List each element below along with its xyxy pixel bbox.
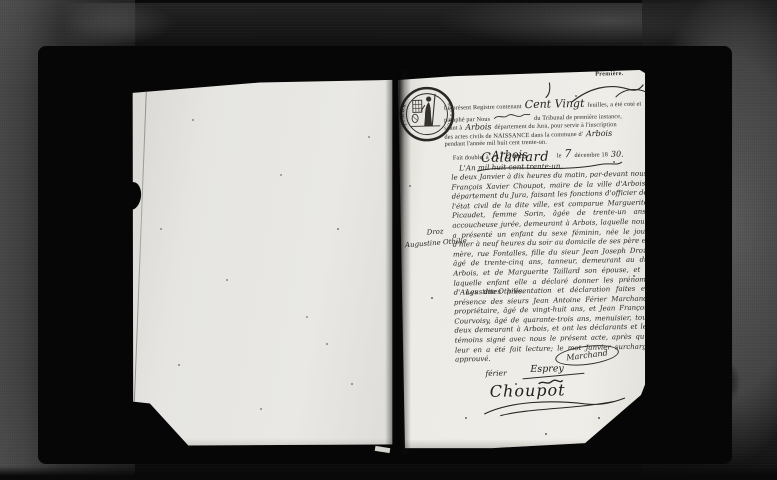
right-page-content: Première. [391,62,669,453]
book-gutter-shadow [385,70,411,454]
printed-text: Le présent Registre contenant [444,103,522,112]
svg-text:ROYAL: ROYAL [444,102,454,129]
film-backdrop-top [0,0,777,61]
header-line-2: paraphé par Nous du Tribunal de première… [444,109,622,124]
printed-text: Fait double, à [453,154,489,162]
right-register-page: Première. [395,65,665,450]
act-paragraph-2: Les dites présentation et déclaration fa… [454,285,652,366]
film-grain-texture [0,0,777,480]
header-line-3: séant à Arbois département du Jura, pour… [444,119,617,132]
film-backdrop-right [642,0,777,480]
handwritten-day: 7 [564,147,571,160]
margin-note-given-names: Augustine Othilie [393,235,480,252]
margin-note-surname: Droz [392,224,479,241]
page-edge-notch [121,181,143,211]
header-line-5: pendant l'année mil huit cent trente-un. [445,139,547,148]
printed-text: département du Jura, pour servir à l'ins… [494,121,616,131]
margin-note: Droz Augustine Othilie [392,224,479,252]
film-backdrop-bottom [0,466,777,480]
certifier-signature-flourish [475,159,625,176]
signature-strike-stroke [523,373,585,380]
handwritten-place: Arbois [492,148,528,162]
officer-signature-flourish [480,397,630,418]
pen-flourish-top [531,74,658,109]
printed-text: pendant l'année mil huit cent trente-un. [445,139,547,148]
left-page-crease-line [133,86,147,434]
witness-signature-marchand: Marchand [554,342,620,369]
printed-text: du Tribunal de première instance, [534,113,622,122]
witness-signature-ferier: férier [485,369,506,378]
printed-text: paraphé par Nous [444,116,490,124]
printed-text: le [557,152,562,159]
printed-text: feuilles, a été coté et [587,101,641,109]
stamp-text-right: ROYAL [444,102,454,129]
handwritten-year: 30. [611,150,624,159]
printed-text: des actes civils de NAISSANCE dans la co… [444,131,583,141]
svg-text:TIMBRE: TIMBRE [397,85,408,128]
folio-order-label: Première. [595,71,624,78]
header-date-line: Fait double, à Arbois le 7 décembre 18 3… [453,146,624,163]
act-paragraph-1: le deux Janvier à dix heures du matin, p… [451,170,650,299]
microfilm-scan: Première. [0,0,777,480]
certifier-signature: Calamard [481,150,550,166]
handwritten-sheet-count: Cent Vingt [525,97,585,111]
handwritten-place: Arbois [586,129,612,139]
register-certification-header: Le présent Registre contenant Cent Vingt… [444,95,659,100]
ink-scribble [538,378,564,387]
timbre-royal-stamp-icon: TIMBRE ROYAL [397,85,456,144]
witness-signature-esprey: Esprey [530,363,564,375]
left-blank-page [130,78,395,450]
header-line-1: Le présent Registre contenant Cent Vingt… [444,96,642,113]
act-opening-line: L'An mil huit cent trente-un, [459,159,649,173]
stamp-text-left: TIMBRE [397,85,408,128]
printed-text: séant à [444,124,462,131]
judge-signature-flourish [493,111,531,121]
page-bottom-sliver [375,446,391,453]
handwritten-place: Arbois [465,122,491,132]
printed-text: décembre 18 [574,151,608,159]
header-line-4: des actes civils de NAISSANCE dans la co… [444,128,612,141]
officer-signature-choupot: Choupot [490,380,566,401]
film-backdrop-left [0,0,135,480]
book-shadow-mat [38,46,732,464]
